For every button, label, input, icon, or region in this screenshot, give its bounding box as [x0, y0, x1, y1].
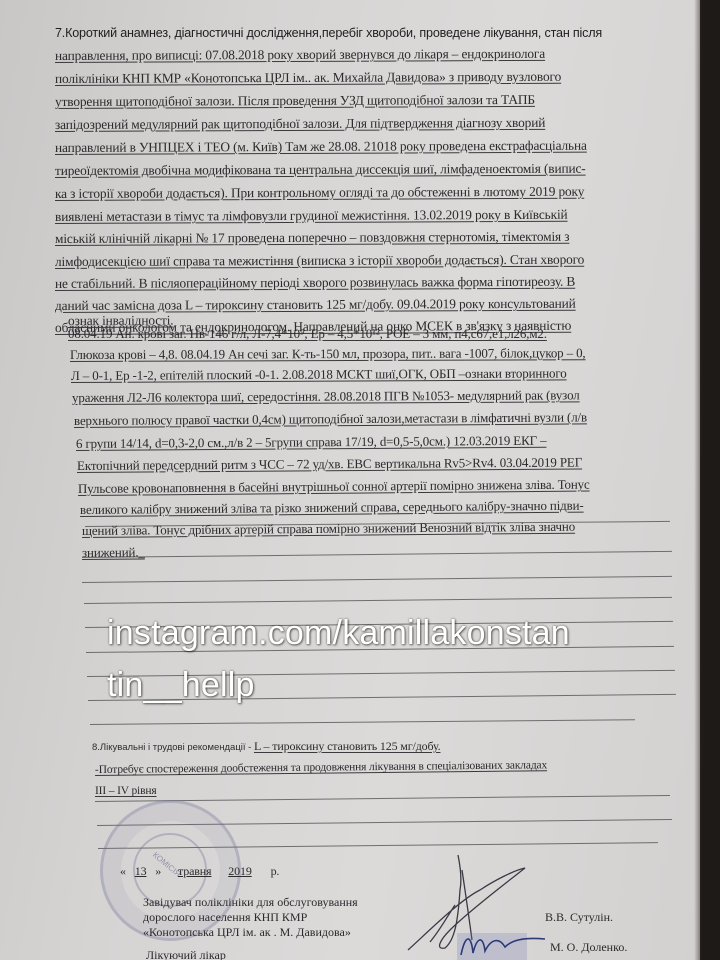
paper-edge-shadow: [694, 0, 702, 960]
document-page: 7.Короткий анамнез, діагностичні дослідж…: [0, 0, 700, 960]
date-year: 2019: [222, 864, 267, 878]
lab-result-line: Л – 0-1, Ер -1-2, епітелій плоский -0-1.…: [71, 363, 567, 385]
lab-result-line: ураження Л2-Л6 колектора шиї, середостін…: [72, 385, 580, 407]
ruled-line: [82, 551, 672, 558]
signature-title: Завідувач поліклініки для обслуговування…: [143, 895, 358, 940]
section-8-line-1: -Потребує спостереження дообстеження та …: [95, 756, 547, 780]
section-7-line: запідозрений медулярний рак щитоподібної…: [55, 113, 545, 135]
signature-title-line: дорослого населення КНП КМР: [143, 910, 358, 925]
watermark-line-1: instagram.com/kamillakonstan: [107, 614, 570, 653]
ruled-line: [90, 719, 635, 725]
lab-result-line: верхнього полюсу правої частки 0,4см) щи…: [74, 407, 587, 430]
section-7-line: поліклініки КНП КМР «Конотопська ЦРЛ ім.…: [55, 67, 561, 89]
section-8-line-2: ІІІ – ІV рівня: [95, 782, 157, 802]
lab-result-line: щений зліва. Тонус дрібних артерій справ…: [82, 517, 575, 541]
lab-result-line: 08.04.19 Ан. крові заг. Нв-146 г/л, Л-7,…: [68, 324, 547, 344]
section-7-line: ка з історії хвороби додається). При кон…: [55, 182, 584, 204]
section-8-label: 8.Лікувальні і трудові рекомендації -: [92, 742, 254, 753]
section-7-line: утворення щитоподібної залози. Після про…: [55, 90, 535, 112]
lab-result-line: Ектопічний передсердний ритм з ЧСС – 72 …: [77, 452, 582, 475]
date-line: « 13 » травня 2019 р.: [120, 862, 279, 882]
section-7-line: направлений в УНПЦЕХ і ТЕО (м. Київ) Там…: [55, 136, 587, 158]
signer-2-name: М. О. Доленко.: [550, 940, 627, 955]
lab-result-line: Глюкоза крові – 4,8. 08.04.19 Ан сечі за…: [70, 343, 586, 364]
signature-2-icon: [455, 925, 555, 960]
section-7-line: не стабільний. В післяопераційному періо…: [55, 272, 575, 294]
date-open-quote: «: [120, 864, 126, 878]
section-7-line: міській клінічній лікарні № 17 проведена…: [55, 227, 569, 249]
signature-title-line: «Конотопська ЦРЛ ім. ак . М. Давидова»: [143, 925, 358, 940]
section-8: 8.Лікувальні і трудові рекомендації - L …: [92, 737, 441, 757]
lab-result-line: великого калібру знижений зліва та різко…: [80, 496, 584, 520]
attending-doctor-label: Лікуючий лікар: [146, 948, 226, 960]
lab-result-line: знижений._: [82, 542, 145, 562]
date-suffix: р.: [271, 864, 280, 878]
date-month: травня: [164, 864, 219, 878]
date-close-quote: »: [155, 864, 161, 878]
section-7-line: лімфодисекцією шиї справа та межистіння …: [55, 250, 584, 272]
ruled-line: [82, 576, 672, 583]
lab-result-line: 6 групи 14/14, d=0,3-2,0 см.,л/в 2 – 5гр…: [76, 431, 547, 454]
signature-title-line: Завідувач поліклініки для обслуговування: [143, 895, 358, 910]
section-7-line: тиреоїдектомія двобічна модифікована та …: [55, 159, 586, 181]
watermark-line-2: tin__hellp: [107, 666, 255, 705]
section-7-line: направлення, про виписці: 07.08.2018 рок…: [55, 44, 545, 66]
signer-1-name: В.В. Сутулін.: [545, 910, 613, 925]
section-8-value: L – тироксину становить 125 мг/добу.: [254, 739, 441, 753]
section-7-heading: 7.Короткий анамнез, діагностичні дослідж…: [55, 26, 602, 40]
section-7-line: виявлені метастази в тімус та лімфовузли…: [55, 205, 568, 227]
lab-result-line: Пульсове кровонаповнення в басейні внутр…: [78, 475, 590, 499]
date-day: 13: [129, 864, 153, 878]
ruled-line: [84, 597, 672, 604]
